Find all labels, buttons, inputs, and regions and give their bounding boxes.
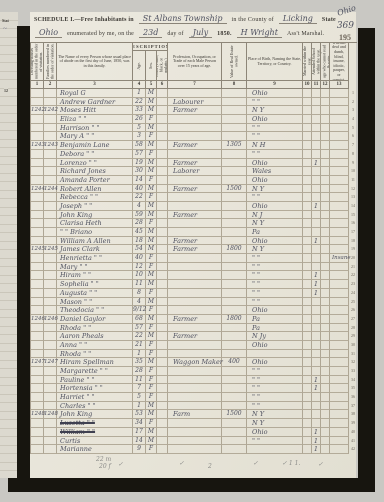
cell-fam xyxy=(44,176,57,185)
line-number: 39 xyxy=(349,419,357,428)
cell-married xyxy=(303,159,312,168)
cell-married xyxy=(303,124,312,133)
line-number: 1 xyxy=(349,89,357,98)
cell-color xyxy=(157,332,168,341)
cell-occ xyxy=(168,341,222,350)
cell-age: 22 xyxy=(133,332,146,341)
cell-color xyxy=(157,202,168,211)
line-number: 25 xyxy=(349,298,357,307)
cell-birth: N Y xyxy=(247,219,303,228)
cell-color xyxy=(157,393,168,402)
cell-birth xyxy=(247,350,303,359)
cell-school xyxy=(312,350,321,359)
col-number: 12 xyxy=(321,81,330,89)
cell-married xyxy=(303,376,312,385)
cell-color xyxy=(157,228,168,237)
cell-value xyxy=(222,263,247,272)
cell-sex: F xyxy=(146,263,157,272)
cell-color xyxy=(157,98,168,107)
cell-married xyxy=(303,384,312,393)
cell-value: 1305 xyxy=(222,141,247,150)
cell-dw: 1244 xyxy=(31,185,44,194)
cell-school xyxy=(312,332,321,341)
line-number: 7 xyxy=(349,141,357,150)
cell-remarks xyxy=(330,211,349,220)
cell-married xyxy=(303,315,312,324)
cell-read xyxy=(321,271,330,280)
cell-birth: " " xyxy=(247,271,303,280)
line-number: 31 xyxy=(349,350,357,359)
cell-dw xyxy=(31,228,44,237)
cell-sex: F xyxy=(146,384,157,393)
cell-remarks xyxy=(330,202,349,211)
col-number: 9 xyxy=(247,81,303,89)
cell-age: 3 xyxy=(133,132,146,141)
cell-remarks xyxy=(330,150,349,159)
cell-age: 14 xyxy=(133,176,146,185)
cell-fam xyxy=(44,298,57,307)
cell-married xyxy=(303,245,312,254)
cell-occ xyxy=(168,445,222,454)
cell-birth: " " xyxy=(247,437,303,446)
day-handwritten: 23d xyxy=(139,28,162,38)
cell-color xyxy=(157,245,168,254)
cell-fam xyxy=(44,219,57,228)
cell-read xyxy=(321,410,330,419)
line-number: 13 xyxy=(349,193,357,202)
cell-remarks xyxy=(330,358,349,367)
col-header-family: Families numbered in the order of visita… xyxy=(44,43,57,81)
check-mark: ✓ xyxy=(118,461,123,468)
cell-school xyxy=(312,306,321,315)
cell-school xyxy=(312,98,321,107)
cell-read xyxy=(321,124,330,133)
cell-read xyxy=(321,263,330,272)
cell-fam xyxy=(44,150,57,159)
cell-school xyxy=(312,150,321,159)
cell-read xyxy=(321,98,330,107)
cell-fam xyxy=(44,341,57,350)
cell-dw xyxy=(31,193,44,202)
line-number: 4 xyxy=(349,115,357,124)
cell-age: 40 xyxy=(133,254,146,263)
cell-dw xyxy=(31,367,44,376)
cell-color xyxy=(157,428,168,437)
cell-fam xyxy=(44,402,57,411)
cell-birth: " " xyxy=(247,124,303,133)
col-number: 8 xyxy=(222,81,247,89)
cell-fam xyxy=(44,124,57,133)
cell-remarks xyxy=(330,445,349,454)
cell-dw: 1247 xyxy=(31,358,44,367)
cell-age: 1 xyxy=(133,89,146,98)
cell-married xyxy=(303,185,312,194)
line-number: 2 xyxy=(349,98,357,107)
cell-married xyxy=(303,115,312,124)
cell-school: 1 xyxy=(312,289,321,298)
line-number: 38 xyxy=(349,410,357,419)
cell-value xyxy=(222,167,247,176)
cell-value xyxy=(222,428,247,437)
cell-read xyxy=(321,254,330,263)
cell-age: 54 xyxy=(133,245,146,254)
cell-dw xyxy=(31,254,44,263)
cell-school xyxy=(312,211,321,220)
cell-fam xyxy=(44,211,57,220)
cell-dw xyxy=(31,445,44,454)
cell-occ: Farmer xyxy=(168,185,222,194)
cell-name: James Clark xyxy=(57,245,133,254)
cell-name: Pauline " " xyxy=(57,376,133,385)
cell-occ: Farmer xyxy=(168,211,222,220)
cell-school xyxy=(312,358,321,367)
cell-name: " " Briano xyxy=(57,228,133,237)
cell-sex: F xyxy=(146,393,157,402)
cell-married xyxy=(303,219,312,228)
cell-school xyxy=(312,419,321,428)
cell-school xyxy=(312,228,321,237)
line-number: 26 xyxy=(349,306,357,315)
cell-married xyxy=(303,410,312,419)
cell-read xyxy=(321,141,330,150)
description-band: DESCRIPTION. xyxy=(133,43,168,51)
cell-age: 53 xyxy=(133,410,146,419)
cell-dw xyxy=(31,115,44,124)
cell-occ: Farm xyxy=(168,410,222,419)
cell-remarks xyxy=(330,332,349,341)
cell-sex: M xyxy=(146,211,157,220)
cell-birth: Ohio xyxy=(247,237,303,246)
cell-school xyxy=(312,298,321,307)
cell-occ: Farmer xyxy=(168,141,222,150)
cell-occ xyxy=(168,271,222,280)
line-number: 18 xyxy=(349,237,357,246)
cell-read xyxy=(321,185,330,194)
cell-dw xyxy=(31,89,44,98)
cell-school xyxy=(312,402,321,411)
cell-occ: Laborer xyxy=(168,167,222,176)
line-number: 11 xyxy=(349,176,357,185)
cell-occ xyxy=(168,419,222,428)
cell-age: 21 xyxy=(133,341,146,350)
day-of-label: day of xyxy=(167,31,183,37)
cell-color xyxy=(157,150,168,159)
cell-dw: 1242 xyxy=(31,106,44,115)
cell-dw xyxy=(31,219,44,228)
cell-name: Sophelia " " xyxy=(57,280,133,289)
cell-fam: 1248 xyxy=(44,410,57,419)
state-label: State xyxy=(322,17,336,23)
cell-occ xyxy=(168,376,222,385)
cell-color xyxy=(157,141,168,150)
cell-married xyxy=(303,237,312,246)
cell-birth: N Y xyxy=(247,245,303,254)
cell-color xyxy=(157,289,168,298)
col-number: 11 xyxy=(312,81,321,89)
cell-sex: M xyxy=(146,185,157,194)
cell-name: Eliza " " xyxy=(57,115,133,124)
cell-name: Rhoda " " xyxy=(57,324,133,333)
cell-dw xyxy=(31,402,44,411)
cell-school xyxy=(312,106,321,115)
county-handwritten: Licking xyxy=(279,14,317,24)
cell-occ: Farmer xyxy=(168,106,222,115)
cell-married xyxy=(303,298,312,307)
cell-name: Harrison " " xyxy=(57,124,133,133)
cell-color xyxy=(157,410,168,419)
line-number: 37 xyxy=(349,402,357,411)
cell-read xyxy=(321,376,330,385)
cell-sex: F xyxy=(146,176,157,185)
cell-fam xyxy=(44,228,57,237)
cell-dw xyxy=(31,237,44,246)
cell-occ xyxy=(168,324,222,333)
cell-name: William A Allen xyxy=(57,237,133,246)
cell-married xyxy=(303,280,312,289)
cell-fam xyxy=(44,271,57,280)
cell-color xyxy=(157,254,168,263)
cell-birth: " " xyxy=(247,298,303,307)
cell-color xyxy=(157,402,168,411)
cell-married xyxy=(303,263,312,272)
cell-birth: N Y xyxy=(247,410,303,419)
cell-dw xyxy=(31,202,44,211)
cell-value xyxy=(222,132,247,141)
cell-read xyxy=(321,167,330,176)
cell-age: 1 xyxy=(133,402,146,411)
corner-handwritten-note: Ohio xyxy=(336,3,357,17)
cell-school xyxy=(312,89,321,98)
cell-school: 1 xyxy=(312,202,321,211)
edge-state-fragment: Stat xyxy=(2,18,9,23)
cell-occ: Labourer xyxy=(168,98,222,107)
cell-remarks xyxy=(330,185,349,194)
cell-read xyxy=(321,428,330,437)
cell-age: 10 xyxy=(133,271,146,280)
cell-remarks xyxy=(330,289,349,298)
cell-read xyxy=(321,132,330,141)
cell-birth: " " xyxy=(247,98,303,107)
cell-occ xyxy=(168,298,222,307)
cell-remarks xyxy=(330,428,349,437)
cell-value xyxy=(222,350,247,359)
col-header-name: The Name of every Person whose usual pla… xyxy=(57,43,133,81)
cell-name: Mary A " " xyxy=(57,132,133,141)
line-number: 40 xyxy=(349,428,357,437)
cell-school xyxy=(312,132,321,141)
cell-occ xyxy=(168,350,222,359)
year-label: 1850. xyxy=(217,31,232,37)
cell-dw xyxy=(31,280,44,289)
cell-sex: M xyxy=(146,202,157,211)
cell-name: Rhoda " " xyxy=(57,350,133,359)
cell-dw xyxy=(31,341,44,350)
cell-birth: Ohio xyxy=(247,176,303,185)
cell-dw xyxy=(31,376,44,385)
cell-value xyxy=(222,376,247,385)
cell-fam xyxy=(44,376,57,385)
cell-value: 1800 xyxy=(222,245,247,254)
cell-occ xyxy=(168,437,222,446)
cell-name: Hiram Spellman xyxy=(57,358,133,367)
line-number: 34 xyxy=(349,376,357,385)
col-header-cannot-read: Persons over 20 y'rs of age who cannot r… xyxy=(321,43,330,81)
cell-name: Lusetta " " xyxy=(57,419,133,428)
cell-birth: Wales xyxy=(247,167,303,176)
col-number: 4 xyxy=(133,81,146,89)
cell-occ xyxy=(168,132,222,141)
cell-remarks xyxy=(330,402,349,411)
cell-dw xyxy=(31,428,44,437)
scan-gutter-bottom xyxy=(8,478,375,492)
cell-dw xyxy=(31,176,44,185)
cell-color xyxy=(157,341,168,350)
cell-remarks xyxy=(330,306,349,315)
cell-value xyxy=(222,193,247,202)
cell-school: 1 xyxy=(312,445,321,454)
cell-occ: Waggon Maker xyxy=(168,358,222,367)
cell-name: Lorenzo " " xyxy=(57,159,133,168)
page-number-stamp: 195 xyxy=(339,33,351,42)
cell-read xyxy=(321,358,330,367)
cell-married xyxy=(303,402,312,411)
cell-color xyxy=(157,263,168,272)
cell-value xyxy=(222,115,247,124)
cell-birth: " " xyxy=(247,376,303,385)
cell-dw xyxy=(31,306,44,315)
cell-dw xyxy=(31,289,44,298)
cell-remarks xyxy=(330,384,349,393)
cell-age: 4 xyxy=(133,202,146,211)
cell-name: Augusta " " xyxy=(57,289,133,298)
cell-school xyxy=(312,141,321,150)
cell-sex: M xyxy=(146,402,157,411)
cell-read xyxy=(321,150,330,159)
cell-dw xyxy=(31,419,44,428)
cell-remarks xyxy=(330,341,349,350)
cell-married xyxy=(303,437,312,446)
cell-read xyxy=(321,193,330,202)
cell-school: 1 xyxy=(312,376,321,385)
cell-occ xyxy=(168,384,222,393)
cell-age: 26 xyxy=(133,115,146,124)
cell-occ xyxy=(168,228,222,237)
cell-color xyxy=(157,437,168,446)
cell-dw xyxy=(31,384,44,393)
cell-school xyxy=(312,254,321,263)
cell-remarks xyxy=(330,437,349,446)
cell-occ xyxy=(168,219,222,228)
cell-school xyxy=(312,124,321,133)
line-number: 12 xyxy=(349,185,357,194)
page-number-handwritten: 369 xyxy=(337,21,354,31)
cell-read xyxy=(321,289,330,298)
line-number: 33 xyxy=(349,367,357,376)
cell-value xyxy=(222,228,247,237)
col-header-real-estate: Value of Real Estate owned. xyxy=(222,43,247,81)
cell-read xyxy=(321,176,330,185)
cell-read xyxy=(321,89,330,98)
cell-age: 18 xyxy=(133,237,146,246)
cell-remarks xyxy=(330,115,349,124)
cell-sex: F xyxy=(146,341,157,350)
cell-remarks xyxy=(330,141,349,150)
cell-occ xyxy=(168,202,222,211)
cell-birth: " " xyxy=(247,132,303,141)
cell-color xyxy=(157,306,168,315)
cell-color xyxy=(157,280,168,289)
cell-fam xyxy=(44,306,57,315)
line-number-column-spacer xyxy=(349,43,357,89)
cell-value xyxy=(222,124,247,133)
cell-school: 1 xyxy=(312,159,321,168)
cell-school: 1 xyxy=(312,280,321,289)
pencil-note: 2 xyxy=(208,463,212,470)
cell-married xyxy=(303,445,312,454)
cell-birth: " " xyxy=(247,263,303,272)
cell-dw xyxy=(31,150,44,159)
cell-fam xyxy=(44,393,57,402)
cell-birth: Ohio xyxy=(247,358,303,367)
cell-birth: " " xyxy=(247,289,303,298)
cell-occ xyxy=(168,428,222,437)
col-header-profession: Profession, Occupation, or Trade of each… xyxy=(168,43,222,81)
cell-read xyxy=(321,219,330,228)
cell-birth: Pa xyxy=(247,228,303,237)
cell-color xyxy=(157,193,168,202)
line-number: 22 xyxy=(349,271,357,280)
cell-fam xyxy=(44,193,57,202)
cell-birth: Pa xyxy=(247,315,303,324)
check-mark: ✓ xyxy=(179,460,184,467)
cell-sex: M xyxy=(146,428,157,437)
cell-occ xyxy=(168,89,222,98)
cell-married xyxy=(303,202,312,211)
cell-name: John King xyxy=(57,410,133,419)
cell-birth: " " xyxy=(247,280,303,289)
cell-age: 19 xyxy=(133,159,146,168)
cell-birth: " " xyxy=(247,367,303,376)
cell-read xyxy=(321,202,330,211)
cell-fam: 1247 xyxy=(44,358,57,367)
cell-age: 58 xyxy=(133,141,146,150)
cell-read xyxy=(321,332,330,341)
cell-school: 1 xyxy=(312,384,321,393)
cell-value: 400 xyxy=(222,358,247,367)
cell-sex: M xyxy=(146,315,157,324)
cell-remarks xyxy=(330,89,349,98)
cell-married xyxy=(303,150,312,159)
cell-name: Hiram " " xyxy=(57,271,133,280)
cell-school xyxy=(312,185,321,194)
cell-married xyxy=(303,176,312,185)
cell-name: Marianne xyxy=(57,445,133,454)
cell-married xyxy=(303,89,312,98)
cell-age: 14 xyxy=(133,437,146,446)
cell-age: 5 xyxy=(133,393,146,402)
line-number: 17 xyxy=(349,228,357,237)
adjacent-page-edge: Stat ~ 12 xyxy=(0,12,18,478)
cell-remarks xyxy=(330,237,349,246)
line-number: 36 xyxy=(349,393,357,402)
cell-dw xyxy=(31,211,44,220)
line-number: 10 xyxy=(349,167,357,176)
line-number: 21 xyxy=(349,263,357,272)
cell-birth xyxy=(247,445,303,454)
cell-read xyxy=(321,324,330,333)
check-mark: ✓ 1 1. xyxy=(282,460,300,467)
cell-read xyxy=(321,367,330,376)
